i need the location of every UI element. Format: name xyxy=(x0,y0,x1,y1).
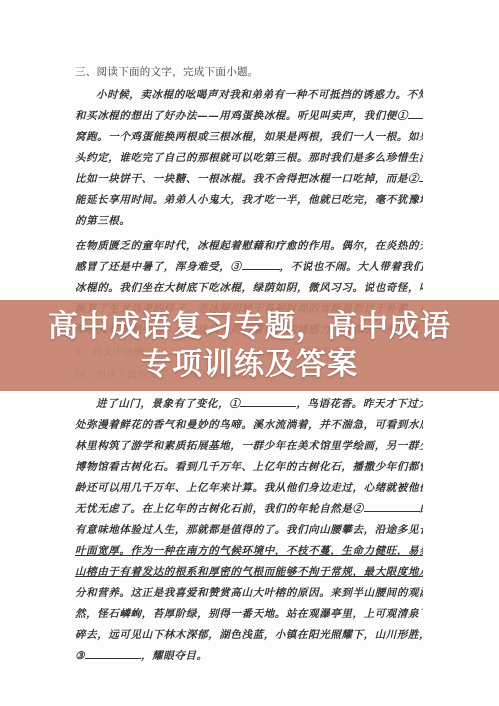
passage-line: 处弥漫着鲜花的香气和曼妙的鸟啼。溪水流淌着，并不湍急，可看到水底圆圆的石子。山 xyxy=(75,415,423,436)
passage-1: 小时候，卖冰棍的吆喝声对我和弟弟有一种不可抵挡的诱惑力。不知何时，卖冰棍的 和买… xyxy=(75,85,423,232)
passage-line: 分和营养。这正是我喜爱和赞赏高山大叶榕的原因。来到半山腰间的观瀑亭，这里山径幽 xyxy=(75,583,423,604)
passage-line: 林里构筑了游学和素质拓展基地，一群少年在美术馆里学绘画，另一群少年则结伴去古树 xyxy=(75,436,423,457)
fill-blank-6 xyxy=(85,648,141,659)
passage-line: ③，耀眼夺目。 xyxy=(75,646,423,667)
passage-line: 在物质匮乏的童年时代，冰棍起着慰藉和疗愈的作用。偶尔，在炎热的天气里我们不知是 xyxy=(75,236,423,257)
passage-line: 无忧无虑了。在上亿年的古树化石前，我们的年轮自然是②的，但只要我们 xyxy=(75,499,423,520)
passage-line: 感冒了还是中暑了，浑身难受，③，不说也不闹。大人带着我们去供销社门前找卖 xyxy=(75,257,423,278)
banner-title-line-1: 高中成语复习专题，高中成语 xyxy=(48,308,451,346)
passage-line: 的第三根。 xyxy=(75,211,423,232)
passage-line: 冰棍的。我们坐在大树底下吃冰棍，绿荫如阴，微风习习。说也奇怪，吃过冰棍后我们又 xyxy=(75,278,423,299)
passage-line: 龄还可以用几千万年、上亿年来计算。我从他们身边走过，心绪就被他们带动起来，觉得 xyxy=(75,478,423,499)
passage-line: 有意味地体验过人生，那就都是值得的了。我们向山腰攀去，沿途多见长势深茂的高山榕， xyxy=(75,520,423,541)
fill-blank-3 xyxy=(242,259,280,270)
passage-line: 小时候，卖冰棍的吆喝声对我和弟弟有一种不可抵挡的诱惑力。不知何时，卖冰棍的 xyxy=(75,85,423,106)
section-heading: 三、阅读下面的文字，完成下面小题。 xyxy=(75,64,259,79)
fill-blank-2 xyxy=(419,171,423,182)
underlined-line: 叶面宽厚。作为一种在南方的气候环境中，不枝不蔓，生命力健旺，易养易活的植物，高 xyxy=(75,541,423,562)
passage-line: 和买冰棍的想出了好办法——用鸡蛋换冰棍。听见叫卖声，我们便①地往家里的鸡 xyxy=(75,106,423,127)
passage-line: 然，怪石嶙峋，苔厚阶绿，别得一番天地。站在观瀑亭里，上可观清泉飞来，下可察碧玉 xyxy=(75,604,423,625)
passage-3: 进了山门，景象有了变化，①，鸟语花香。昨天才下过大雨，山林里各 处弥漫着鲜花的香… xyxy=(75,394,423,667)
passage-line: 窝跑。一个鸡蛋能换两根或三根冰棍，如果是两根，我们一人一根。如果换了三根，便口 xyxy=(75,127,423,148)
passage-line: 进了山门，景象有了变化，①，鸟语花香。昨天才下过大雨，山林里各 xyxy=(75,394,423,415)
fill-blank-4 xyxy=(240,396,296,407)
passage-line: 比如一块饼干、一块糖、一根冰棍。我不舍得把冰棍一口吃掉，而是②地舔，尽可 xyxy=(75,169,423,190)
passage-line: 头约定，谁吃完了自己的那根就可以吃第三根。那时我们是多么珍惜生活中的一点点甜， xyxy=(75,148,423,169)
passage-line: 博物馆看古树化石。看到几千万年、上亿年的古树化石，播撒少年们都惊叫起来，原来年 xyxy=(75,457,423,478)
fill-blank-1 xyxy=(408,108,423,119)
title-banner: 高中成语复习专题，高中成语 专项训练及答案 xyxy=(0,300,499,391)
passage-line: 碎去，远可见山下林木深郁，湖色浅蓝，小镇在阳光照耀下，山川形胜，楼宇相叠， xyxy=(75,625,423,646)
fill-blank-5 xyxy=(364,501,420,512)
underlined-line: 山榕由于有着发达的根系和厚密的气根而能够不拘于常规，最大限度地从大自然中汲取水 xyxy=(75,562,423,583)
passage-line: 能延长享用时间。弟弟人小鬼大，我才吃一半，他就已吃完，毫不犹豫地吃起我手里攥着 xyxy=(75,190,423,211)
banner-title-line-2: 专项训练及答案 xyxy=(141,346,358,384)
